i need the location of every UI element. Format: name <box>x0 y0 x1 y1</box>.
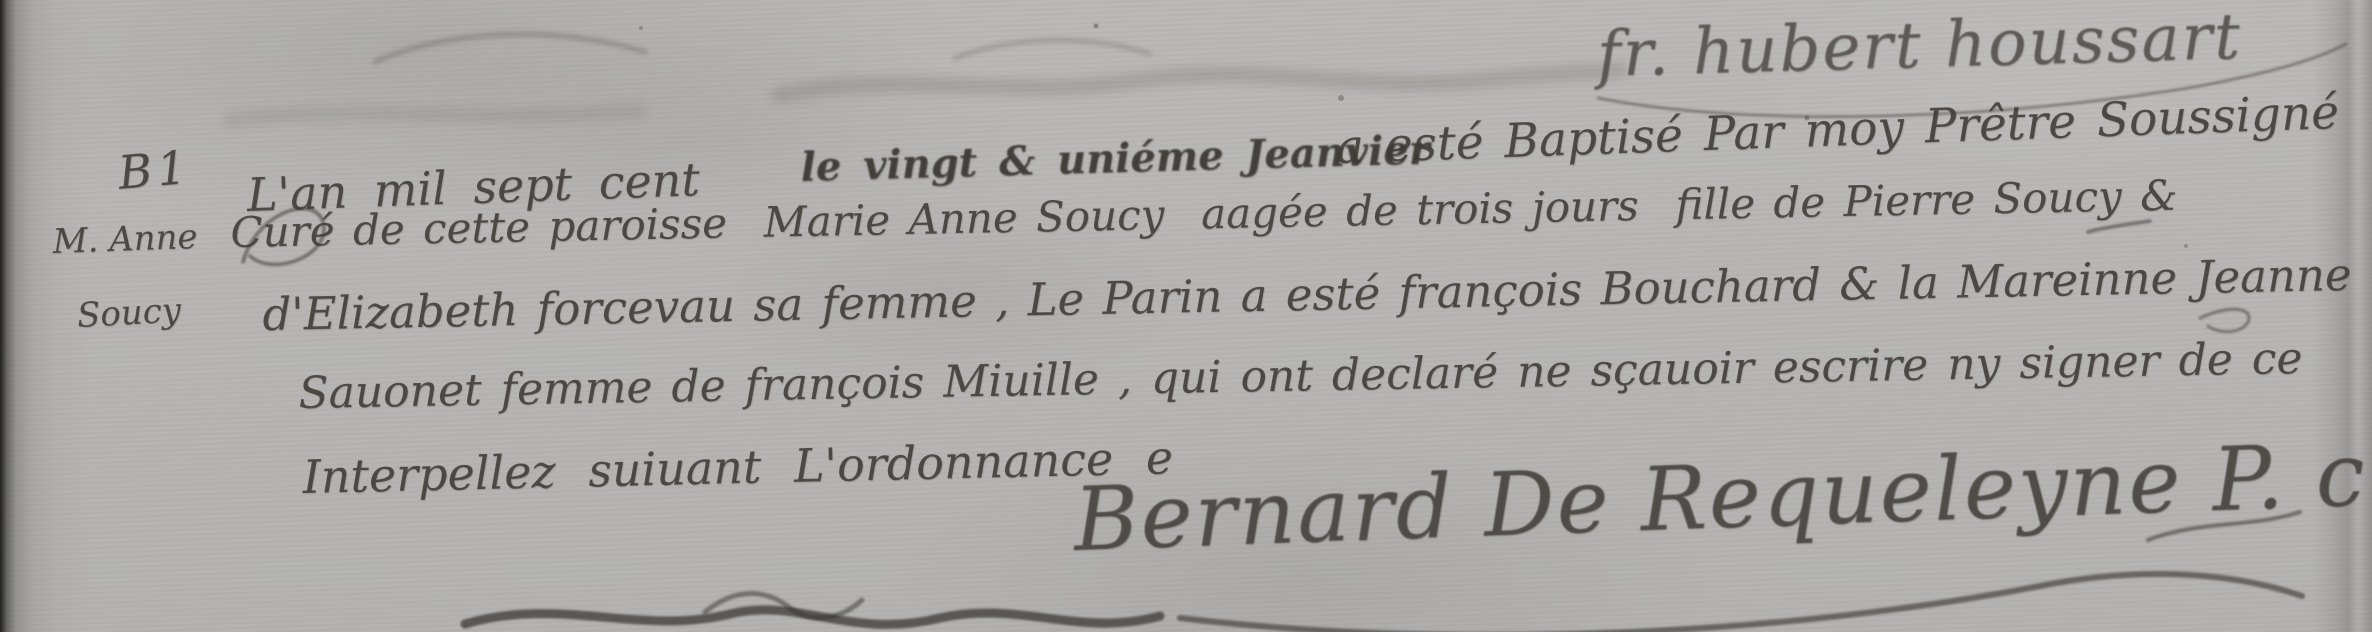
line3-trailing-flourish <box>2200 309 2249 331</box>
record-line-5: Interpellez suiuant L'ordonnance e <box>302 430 1174 504</box>
line2-trailing-dash <box>2088 221 2150 232</box>
ghost-bleedthrough-text <box>780 70 1620 95</box>
record-line-4: Sauonet femme de françois Miuille , qui … <box>298 333 2303 419</box>
ink-speck <box>639 26 643 30</box>
ghost-bleedthrough-text-2 <box>230 110 640 120</box>
ink-speck <box>2184 244 2188 248</box>
bottom-cutoff-scribble-2 <box>705 593 862 617</box>
margin-note-name-line-1: M. Anne <box>52 217 198 262</box>
ink-speck <box>1338 95 1344 101</box>
ink-speck <box>1094 24 1099 29</box>
signature-underline-sweep <box>1180 574 2302 632</box>
margin-note-name-line-2: Soucy <box>76 291 182 336</box>
faint-mark-top-mid <box>955 40 1150 58</box>
record-line-3: d'Elizabeth forcevau sa femme , Le Parin… <box>262 248 2352 341</box>
clergy-signature-top: fr. hubert houssart <box>1596 0 2243 92</box>
bottom-cutoff-scribble <box>465 610 1160 625</box>
entry-number: B1 <box>116 140 194 200</box>
faint-mark-top-left <box>375 34 645 62</box>
celebrant-signature-bottom: Bernard De Requeleyne P. c <box>1072 423 2368 571</box>
record-line-1-baptism-clause: a esté Baptisé Par moy Prêtre Soussigné <box>1335 85 2340 175</box>
manuscript-scan: B1 fr. hubert houssart L'an mil sept cen… <box>0 0 2372 632</box>
